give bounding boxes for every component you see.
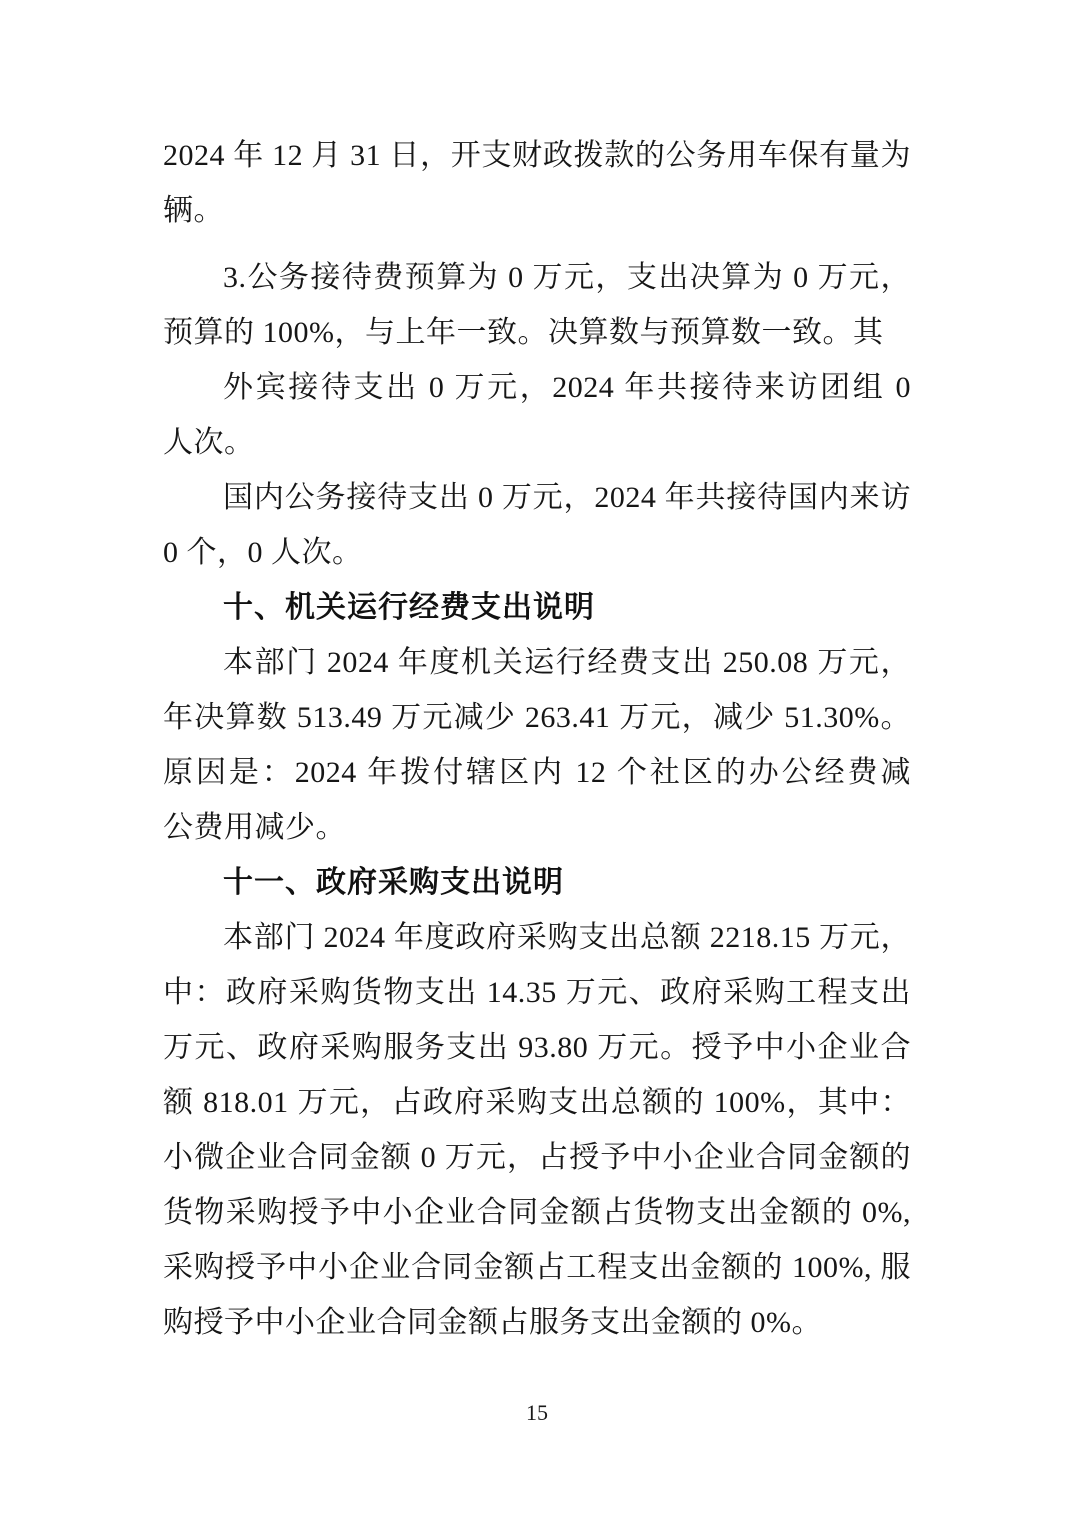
text-line: 万元、政府采购服务支出 93.80 万元。授予中小企业合同金 xyxy=(163,1020,911,1075)
document-page: 2024 年 12 月 31 日，开支财政拨款的公务用车保有量为 6辆。3.公务… xyxy=(0,0,1074,1520)
para-foreign-reception: 外宾接待支出 0 万元，2024 年共接待来访团组 0 个，0人次。 xyxy=(163,360,911,470)
text-line: 货物采购授予中小企业合同金额占货物支出金额的 0%, 工程 xyxy=(163,1185,911,1240)
text-line: 采购授予中小企业合同金额占工程支出金额的 100%, 服务采 xyxy=(163,1240,911,1295)
para-operating-expense: 本部门 2024 年度机关运行经费支出 250.08 万元，比上年决算数 513… xyxy=(163,635,911,855)
text-line: 本部门 2024 年度机关运行经费支出 250.08 万元，比上 xyxy=(163,635,911,690)
text-line: 购授予中小企业合同金额占服务支出金额的 0%。 xyxy=(163,1295,911,1350)
page-number: 15 xyxy=(0,1399,1074,1427)
para-reception-budget: 3.公务接待费预算为 0 万元，支出决算为 0 万元，完成预算的 100%，与上… xyxy=(163,250,911,360)
text-line: 国内公务接待支出 0 万元，2024 年共接待国内来访团组 xyxy=(163,470,911,525)
text-line: 辆。 xyxy=(163,183,911,238)
text-line: 额 818.01 万元，占政府采购支出总额的 100%，其中：授予 xyxy=(163,1075,911,1130)
text-line: 原因是：2024 年拨付辖区内 12 个社区的办公经费减少，办 xyxy=(163,745,911,800)
text-line: 人次。 xyxy=(163,415,911,470)
document-body: 2024 年 12 月 31 日，开支财政拨款的公务用车保有量为 6辆。3.公务… xyxy=(163,128,911,1350)
text-line: 本部门 2024 年度政府采购支出总额 2218.15 万元，其 xyxy=(163,910,911,965)
text-line: 0 个，0 人次。 xyxy=(163,525,911,580)
text-line: 公费用减少。 xyxy=(163,800,911,855)
para-domestic-reception: 国内公务接待支出 0 万元，2024 年共接待国内来访团组0 个，0 人次。 xyxy=(163,470,911,580)
text-line: 中：政府采购货物支出 14.35 万元、政府采购工程支出 2110 xyxy=(163,965,911,1020)
text-line: 外宾接待支出 0 万元，2024 年共接待来访团组 0 个，0 xyxy=(163,360,911,415)
text-line: 年决算数 513.49 万元减少 263.41 万元，减少 51.30%。主要 xyxy=(163,690,911,745)
text-line: 小微企业合同金额 0 万元，占授予中小企业合同金额的 0%; xyxy=(163,1130,911,1185)
text-line: 2024 年 12 月 31 日，开支财政拨款的公务用车保有量为 6 xyxy=(163,128,911,183)
heading-section-11-gov-procurement: 十一、政府采购支出说明 xyxy=(163,855,911,910)
text-line: 3.公务接待费预算为 0 万元，支出决算为 0 万元，完成 xyxy=(163,250,911,305)
text-line: 预算的 100%，与上年一致。决算数与预算数一致。其中： xyxy=(163,305,911,360)
para-gov-procurement: 本部门 2024 年度政府采购支出总额 2218.15 万元，其中：政府采购货物… xyxy=(163,910,911,1350)
heading-section-10-operating-expense: 十、机关运行经费支出说明 xyxy=(163,580,911,635)
para-official-vehicle: 2024 年 12 月 31 日，开支财政拨款的公务用车保有量为 6辆。 xyxy=(163,128,911,238)
